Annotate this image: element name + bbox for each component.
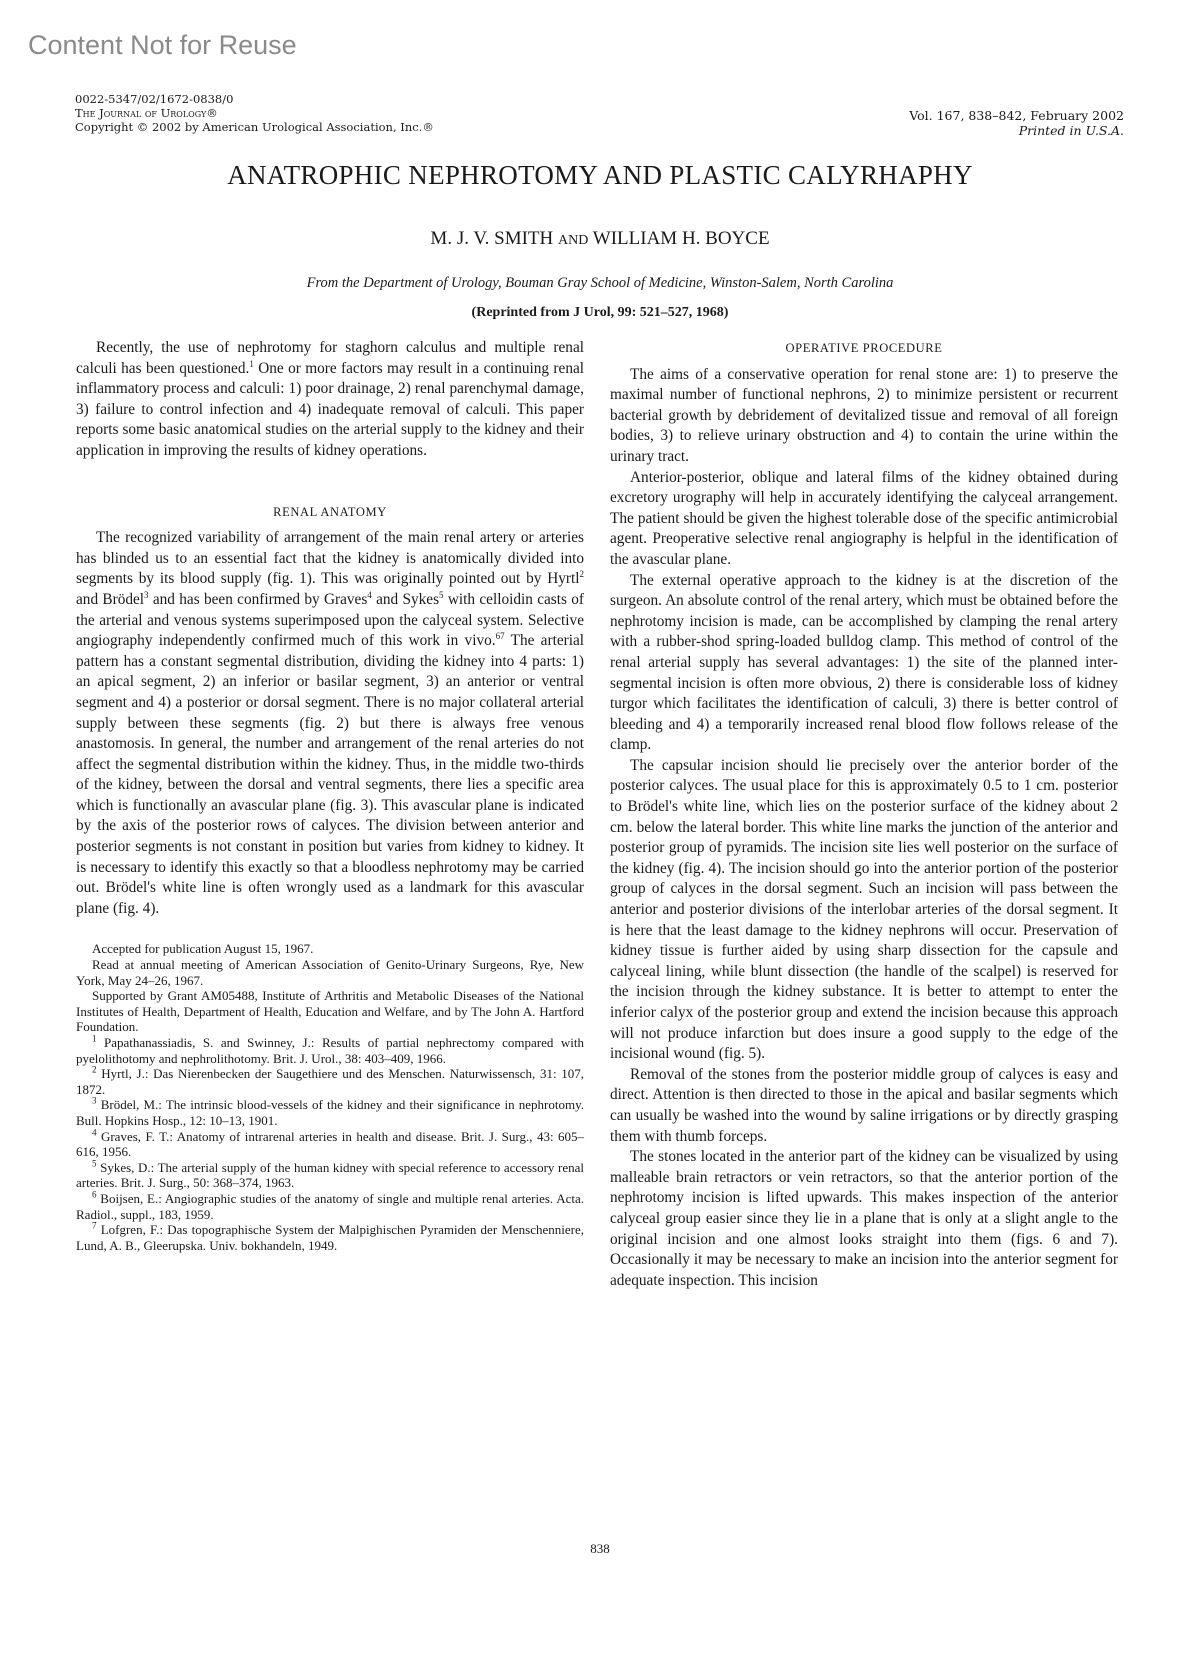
read-note: Read at annual meeting of American Assoc… bbox=[76, 957, 584, 988]
intro-paragraph: Recently, the use of nephrotomy for stag… bbox=[76, 338, 584, 462]
authors: M. J. V. SMITH AND WILLIAM H. BOYCE bbox=[0, 228, 1200, 250]
reference-item: 2 Hyrtl, J.: Das Nierenbecken der Sauget… bbox=[76, 1066, 584, 1097]
footnote-ref[interactable]: 2 bbox=[580, 569, 585, 579]
body-paragraph: The capsular incision should lie precise… bbox=[610, 756, 1118, 1065]
body-paragraph: Removal of the stones from the posterior… bbox=[610, 1065, 1118, 1147]
journal-name: The Journal of Urology® bbox=[75, 106, 434, 120]
watermark: Content Not for Reuse bbox=[28, 30, 297, 61]
author-2: WILLIAM H. BOYCE bbox=[593, 228, 770, 249]
supported-note: Supported by Grant AM05488, Institute of… bbox=[76, 988, 584, 1035]
accepted-note: Accepted for publication August 15, 1967… bbox=[76, 941, 584, 957]
footnotes: Accepted for publication August 15, 1967… bbox=[76, 941, 584, 1253]
article-title: ANATROPHIC NEPHROTOMY AND PLASTIC CALYRH… bbox=[0, 160, 1200, 191]
copyright-line: Copyright © 2002 by American Urological … bbox=[75, 120, 434, 134]
reference-item: 3 Brödel, M.: The intrinsic blood-vessel… bbox=[76, 1097, 584, 1128]
article-code: 0022-5347/02/1672-0838/0 bbox=[75, 92, 434, 106]
reference-item: 7 Lofgren, F.: Das topographische System… bbox=[76, 1222, 584, 1253]
reference-item: 1 Papathanassiadis, S. and Swinney, J.: … bbox=[76, 1035, 584, 1066]
section-heading-operative-procedure: OPERATIVE PROCEDURE bbox=[610, 338, 1118, 359]
printed-line: Printed in U.S.A. bbox=[909, 123, 1124, 138]
body-paragraph: Anterior-posterior, oblique and lateral … bbox=[610, 468, 1118, 571]
section-heading-renal-anatomy: RENAL ANATOMY bbox=[76, 502, 584, 523]
author-conjunction: AND bbox=[558, 233, 588, 248]
reprint-note: (Reprinted from J Urol, 99: 521–527, 196… bbox=[0, 305, 1200, 321]
body-paragraph: The stones located in the anterior part … bbox=[610, 1147, 1118, 1291]
volume-info: Vol. 167, 838–842, February 2002 Printed… bbox=[909, 108, 1124, 138]
renal-anatomy-paragraph: The recognized variability of arrangemen… bbox=[76, 528, 584, 919]
page-number: 838 bbox=[0, 1541, 1200, 1557]
body-paragraph: The aims of a conservative operation for… bbox=[610, 365, 1118, 468]
left-column: Recently, the use of nephrotomy for stag… bbox=[76, 338, 584, 1253]
author-1: M. J. V. SMITH bbox=[430, 228, 553, 249]
reference-item: 5 Sykes, D.: The arterial supply of the … bbox=[76, 1160, 584, 1191]
reference-item: 4 Graves, F. T.: Anatomy of intrarenal a… bbox=[76, 1129, 584, 1160]
journal-header: 0022-5347/02/1672-0838/0 The Journal of … bbox=[75, 92, 434, 134]
volume-line: Vol. 167, 838–842, February 2002 bbox=[909, 108, 1124, 123]
affiliation: From the Department of Urology, Bouman G… bbox=[0, 275, 1200, 292]
footnote-ref[interactable]: 67 bbox=[496, 631, 505, 641]
body-paragraph: The external operative approach to the k… bbox=[610, 571, 1118, 756]
right-column: OPERATIVE PROCEDURE The aims of a conser… bbox=[610, 338, 1118, 1291]
reference-item: 6 Boijsen, E.: Angiographic studies of t… bbox=[76, 1191, 584, 1222]
